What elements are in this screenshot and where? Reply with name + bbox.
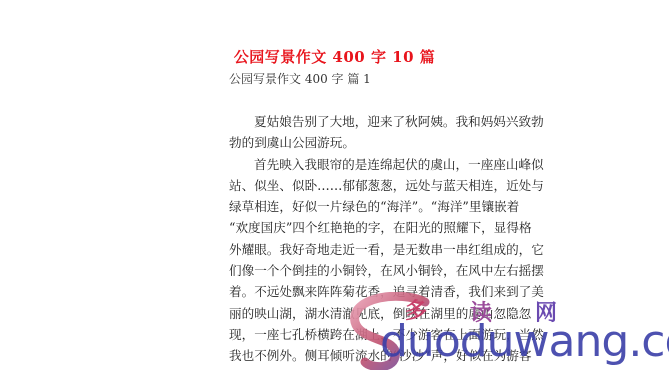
body-line: 丽的映山湖，湖水清澈见底，倒映在湖里的虞山忽隐忽 bbox=[229, 303, 521, 324]
body-line: 勃的到虞山公园游玩。 bbox=[229, 132, 521, 153]
body-line: 着。不远处飘来阵阵菊花香，追寻着清香，我们来到了美 bbox=[229, 281, 521, 302]
document-title: 公园写景作文 400 字 10 篇 bbox=[0, 46, 669, 67]
body-line: 现，一座七孔桥横跨在湖上，不少游客在上面游玩，当然 bbox=[229, 324, 521, 345]
document-body: 夏姑娘告别了大地，迎来了秋阿姨。我和妈妈兴致勃 勃的到虞山公园游玩。 首先映入我… bbox=[229, 111, 521, 367]
body-line: 首先映入我眼帘的是连绵起伏的虞山，一座座山峰似 bbox=[229, 154, 521, 175]
watermark-char: 网 bbox=[535, 296, 557, 327]
body-line: 们像一个个倒挂的小铜铃，在风小铜铃，在风中左右摇摆 bbox=[229, 260, 521, 281]
body-line: 绿草相连，好似一片绿色的“海洋”。“海洋”里镶嵌着 bbox=[229, 196, 521, 217]
body-line: 外耀眼。我好奇地走近一看，是无数串一串红组成的，它 bbox=[229, 239, 521, 260]
body-line: 我也不例外。侧耳倾听流水的“沙沙”声，好似在为游客 bbox=[229, 345, 521, 366]
document-subtitle: 公园写景作文 400 字 篇 1 bbox=[229, 70, 371, 87]
body-line: “欢度国庆”四个红艳艳的字，在阳光的照耀下，显得格 bbox=[229, 217, 521, 238]
body-line: 夏姑娘告别了大地，迎来了秋阿姨。我和妈妈兴致勃 bbox=[229, 111, 521, 132]
body-line: 站、似坐、似卧……郁郁葱葱，远处与蓝天相连，近处与 bbox=[229, 175, 521, 196]
